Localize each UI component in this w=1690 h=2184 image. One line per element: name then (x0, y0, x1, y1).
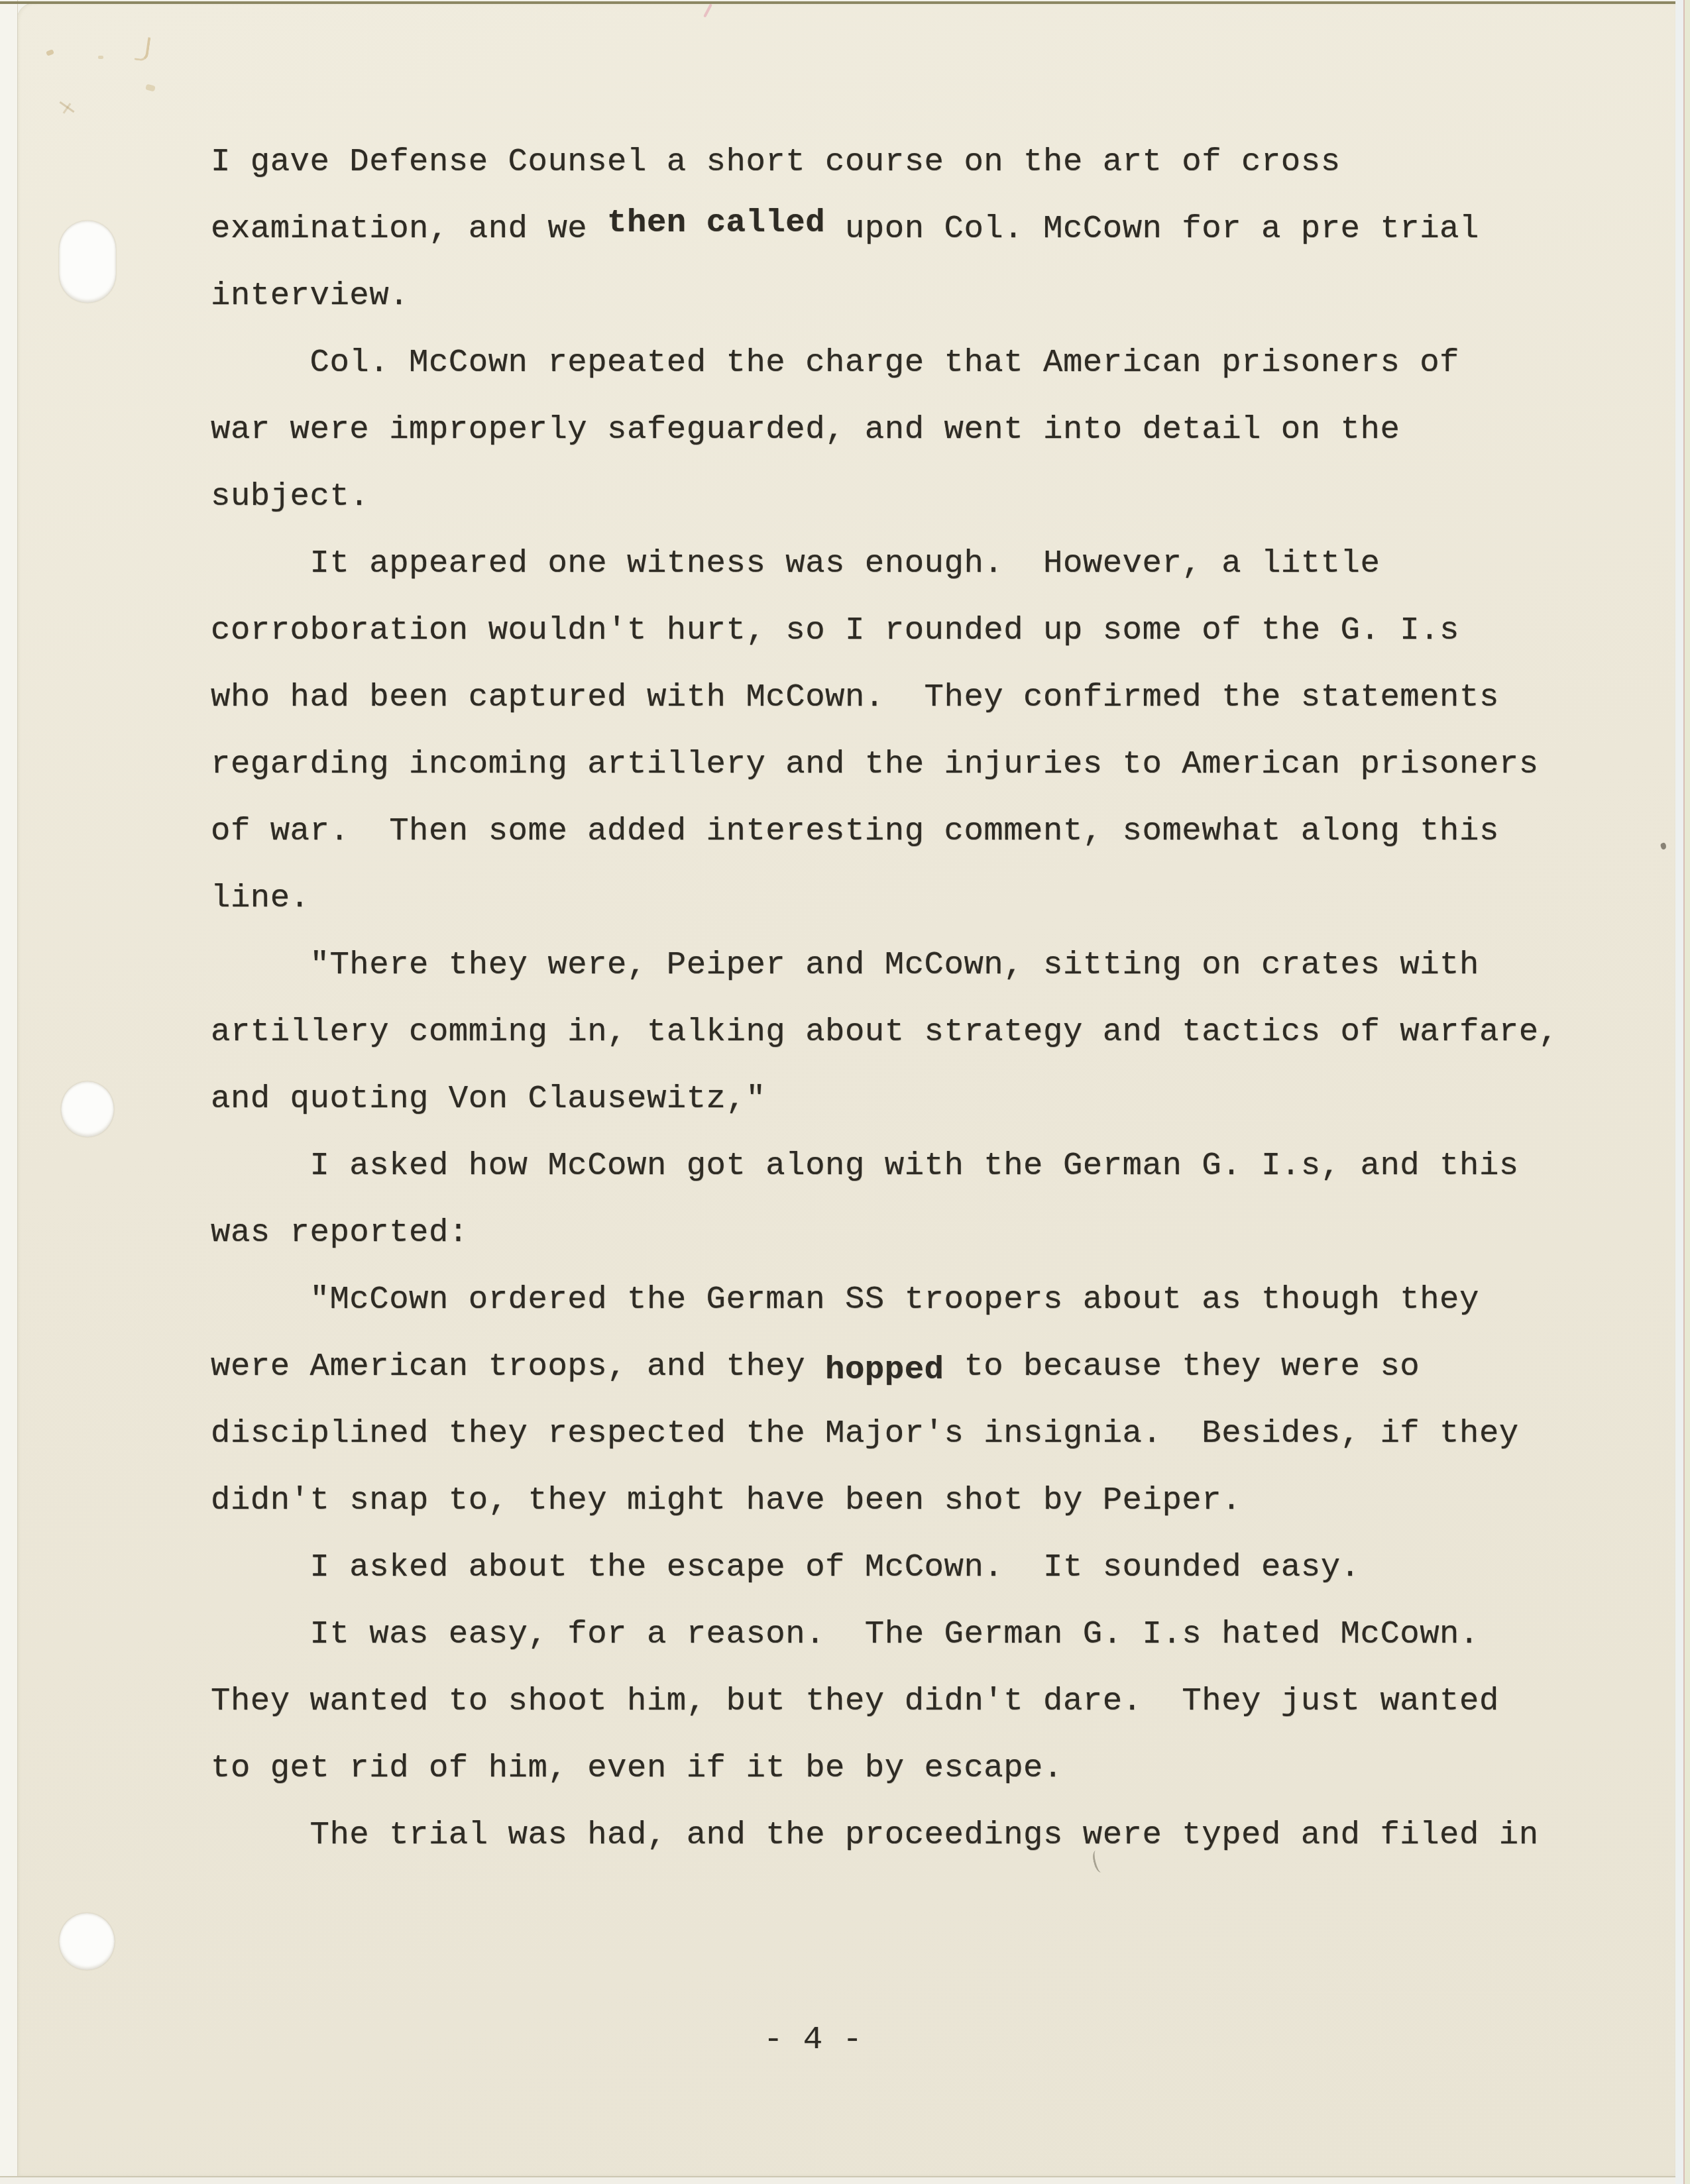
punch-hole-middle (61, 1081, 114, 1137)
text-line: didn't snap to, they might have been sho… (211, 1467, 1559, 1534)
text-line: I asked how McCown got along with the Ge… (211, 1132, 1559, 1199)
text-line: I asked about the escape of McCown. It s… (211, 1534, 1559, 1601)
scanned-page: I gave Defense Counsel a short course on… (0, 0, 1690, 2184)
text-segment: upon Col. McCown for a pre trial (825, 210, 1479, 247)
punch-hole-top (59, 221, 116, 303)
text-line: I gave Defense Counsel a short course on… (211, 129, 1559, 195)
text-line: of war. Then some added interesting comm… (211, 798, 1559, 865)
text-line: It was easy, for a reason. The German G.… (211, 1601, 1559, 1668)
scanner-edge-right-outer (1685, 0, 1690, 2184)
text-line: to get rid of him, even if it be by esca… (211, 1735, 1559, 1802)
scanner-edge-top (0, 1, 1690, 4)
text-line: corroboration wouldn't hurt, so I rounde… (211, 597, 1559, 664)
scanner-edge-right (1675, 0, 1683, 2184)
text-segment: were American troops, and they (211, 1348, 825, 1385)
text-line: interview. (211, 262, 1559, 329)
page-number: - 4 - (763, 2006, 863, 2073)
text-line: "McCown ordered the German SS troopers a… (211, 1266, 1559, 1333)
text-line: They wanted to shoot him, but they didn'… (211, 1668, 1559, 1735)
text-line: subject. (211, 463, 1559, 530)
typewritten-text: I gave Defense Counsel a short course on… (211, 129, 1559, 1869)
text-line: It appeared one witness was enough. Howe… (211, 530, 1559, 597)
text-line: war were improperly safeguarded, and wen… (211, 396, 1559, 463)
text-line: regarding incoming artillery and the inj… (211, 731, 1559, 798)
text-line: "There they were, Peiper and McCown, sit… (211, 932, 1559, 999)
paper-speck (98, 56, 103, 59)
text-segment: to because they were so (944, 1348, 1420, 1385)
text-line: disciplined they respected the Major's i… (211, 1400, 1559, 1467)
text-line: Col. McCown repeated the charge that Ame… (211, 329, 1559, 396)
text-line: line. (211, 865, 1559, 932)
text-line: were American troops, and they hopped to… (211, 1333, 1559, 1400)
inserted-word: hopped (825, 1351, 944, 1388)
text-line: artillery comming in, talking about stra… (211, 999, 1559, 1065)
scanner-edge-bottom (0, 2176, 1690, 2184)
punch-hole-bottom (59, 1913, 115, 1970)
text-line: The trial was had, and the proceedings w… (211, 1802, 1559, 1869)
scanner-edge-left (0, 0, 18, 2184)
text-line: who had been captured with McCown. They … (211, 664, 1559, 731)
inserted-word: then called (607, 204, 825, 241)
text-line: and quoting Von Clausewitz," (211, 1065, 1559, 1132)
text-line: examination, and we then called upon Col… (211, 195, 1559, 262)
text-line: was reported: (211, 1199, 1559, 1266)
text-segment: examination, and we (211, 210, 607, 247)
